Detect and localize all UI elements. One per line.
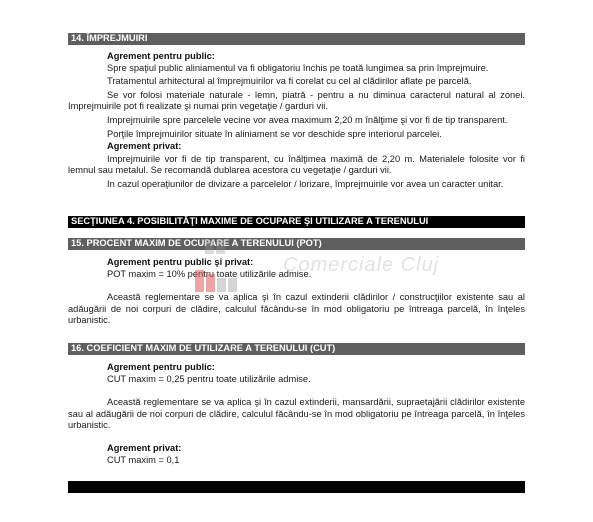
section-16-header: 16. COEFICIENT MAXIM DE UTILIZARE A TERE… (68, 343, 525, 355)
section-15-header: 15. PROCENT MAXIM DE OCUPARE A TERENULUI… (68, 238, 525, 250)
section-15-body: Agrement pentru public şi privat: POT ma… (68, 257, 525, 326)
section-14-public-line-2: Tratamentul arhitectural al împrejmuiril… (68, 76, 525, 87)
section-14-public-para-3: Porţile împrejmuirilor situate în alinia… (68, 129, 525, 140)
section-15-label: Agrement pentru public şi privat: (68, 257, 525, 268)
section-14-public-para-1: Se vor folosi materiale naturale - lemn,… (68, 90, 525, 112)
section-14-public-para-2: Imprejmuirile spre parcelele vecine vor … (68, 115, 525, 126)
section-16-private-label: Agrement privat: (68, 443, 525, 454)
section-16-body: Agrement pentru public: CUT maxim = 0,25… (68, 362, 525, 466)
section-14-public-label: Agrement pentru public: (68, 51, 525, 62)
footer-bar (68, 481, 525, 493)
section-16-para: Această reglementare se va aplica şi în … (68, 397, 525, 431)
section-14-private-label: Agrement privat: (68, 141, 525, 152)
section-14-header: 14. ÎMPREJMUIRI (68, 33, 525, 45)
section-16-public-value: CUT maxim = 0,25 pentru toate utilizăril… (68, 374, 525, 385)
section-16-private-value: CUT maxim = 0,1 (68, 455, 525, 466)
section-14-public-line-1: Spre spaţiul public aliniamentul va fi o… (68, 63, 525, 74)
section-4-header: SECŢIUNEA 4. POSIBILITĂŢI MAXIME DE OCUP… (68, 216, 525, 228)
section-15-value: POT maxim = 10% pentru toate utilizările… (68, 269, 525, 280)
section-14-private-para-2: In cazul operaţiunilor de divizare a par… (68, 179, 525, 190)
section-16-public-label: Agrement pentru public: (68, 362, 525, 373)
section-14-private-para-1: Imprejmuirile vor fi de tip transparent,… (68, 154, 525, 176)
section-14-body: Agrement pentru public: Spre spaţiul pub… (68, 51, 525, 190)
section-15-para: Această reglementare se va aplica şi în … (68, 292, 525, 326)
